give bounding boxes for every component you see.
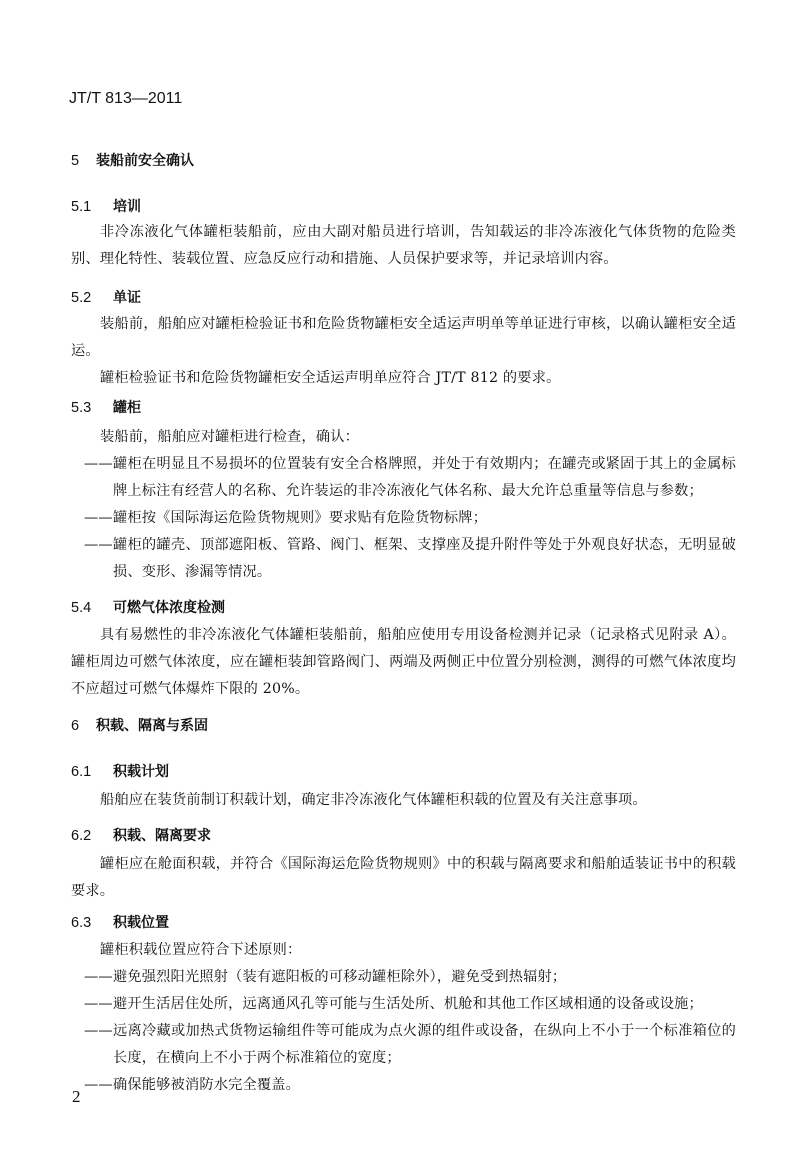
section-5-heading: 5装船前安全确认 [71,150,194,170]
section-6-1-heading: 6.1积载计划 [71,761,169,781]
section-number: 5.3 [71,400,113,416]
list-item: —— 避开生活居住处所，远离通风孔等可能与生活处所、机舱和其他工作区域相通的设备… [71,991,736,1018]
section-title: 积载、隔离与系固 [96,718,208,734]
section-5-3-body: 装船前，船舶应对罐柜进行检查，确认： —— 罐柜在明显且不易损坏的位置装有安全合… [71,424,736,586]
list-item: —— 罐柜按《国际海运危险货物规则》要求贴有危险货物标牌； [71,505,736,532]
list-intro: 装船前，船舶应对罐柜进行检查，确认： [71,424,736,451]
section-5-2-heading: 5.2单证 [71,287,141,307]
section-title: 可燃气体浓度检测 [113,600,225,616]
section-number: 5.1 [71,199,113,215]
list-item: —— 罐柜在明显且不易损坏的位置装有安全合格牌照，并处于有效期内；在罐壳或紧固于… [71,451,736,505]
list-item: —— 远离冷藏或加热式货物运输组件等可能成为点火源的组件或设备，在纵向上不小于一… [71,1018,736,1072]
list-item: —— 避免强烈阳光照射（装有遮阳板的可移动罐柜除外），避免受到热辐射； [71,964,736,991]
section-6-1-paragraph: 船舶应在装货前制订积载计划，确定非冷冻液化气体罐柜积载的位置及有关注意事项。 [71,787,736,814]
section-title: 培训 [113,199,141,215]
section-5-4-paragraph: 具有易燃性的非冷冻液化气体罐柜装船前，船舶应使用专用设备检测并记录（记录格式见附… [71,622,736,703]
section-title: 积载计划 [113,764,169,780]
list-item: —— 确保能够被消防水完全覆盖。 [71,1072,736,1099]
list-item-text: 罐柜按《国际海运危险货物规则》要求贴有危险货物标牌； [113,510,487,526]
section-6-heading: 6积载、隔离与系固 [71,715,208,735]
section-title: 装船前安全确认 [96,153,194,169]
dash-bullet: —— [84,505,113,532]
list-item-text: 避免强烈阳光照射（装有遮阳板的可移动罐柜除外），避免受到热辐射； [113,969,566,985]
section-number: 6.1 [71,764,113,780]
dash-bullet: —— [84,1072,113,1099]
section-6-2-heading: 6.2积载、隔离要求 [71,825,211,845]
list-intro: 罐柜积载位置应符合下述原则： [71,937,736,964]
dash-bullet: —— [84,532,113,559]
paragraph: 装船前，船舶应对罐柜检验证书和危险货物罐柜安全适运声明单等单证进行审核，以确认罐… [71,311,736,365]
section-6-3-body: 罐柜积载位置应符合下述原则： —— 避免强烈阳光照射（装有遮阳板的可移动罐柜除外… [71,937,736,1099]
section-6-2-paragraph: 罐柜应在舱面积载，并符合《国际海运危险货物规则》中的积载与隔离要求和船舶适装证书… [71,851,736,905]
standard-code: JT/T 813—2011 [69,90,182,108]
list-item: —— 罐柜的罐壳、顶部遮阳板、管路、阀门、框架、支撑座及提升附件等处于外观良好状… [71,532,736,586]
list-item-text: 确保能够被消防水完全覆盖。 [113,1077,300,1093]
page-number: 2 [72,1087,81,1107]
section-number: 6 [71,718,96,734]
dash-bullet: —— [84,991,113,1018]
section-number: 5 [71,153,96,169]
paragraph: 罐柜检验证书和危险货物罐柜安全适运声明单应符合 JT/T 812 的要求。 [71,365,736,392]
list-item-text: 避开生活居住处所，远离通风孔等可能与生活处所、机舱和其他工作区域相通的设备或设施… [113,996,703,1012]
section-number: 6.2 [71,828,113,844]
dash-bullet: —— [84,964,113,991]
list-item-text: 罐柜的罐壳、顶部遮阳板、管路、阀门、框架、支撑座及提升附件等处于外观良好状态，无… [113,537,736,580]
section-number: 5.2 [71,290,113,306]
dash-bullet: —— [84,451,113,478]
section-title: 积载位置 [113,915,169,931]
list-item-text: 远离冷藏或加热式货物运输组件等可能成为点火源的组件或设备，在纵向上不小于一个标准… [113,1023,736,1066]
section-5-3-heading: 5.3罐柜 [71,397,141,417]
section-number: 6.3 [71,915,113,931]
section-title: 罐柜 [113,400,141,416]
section-5-2-body: 装船前，船舶应对罐柜检验证书和危险货物罐柜安全适运声明单等单证进行审核，以确认罐… [71,311,736,392]
section-5-4-heading: 5.4可燃气体浓度检测 [71,597,225,617]
section-6-3-heading: 6.3积载位置 [71,912,169,932]
dash-bullet: —— [84,1018,113,1045]
section-title: 积载、隔离要求 [113,828,211,844]
section-title: 单证 [113,290,141,306]
section-5-1-paragraph: 非冷冻液化气体罐柜装船前，应由大副对船员进行培训，告知载运的非冷冻液化气体货物的… [71,219,736,273]
section-number: 5.4 [71,600,113,616]
section-5-1-heading: 5.1培训 [71,196,141,216]
list-item-text: 罐柜在明显且不易损坏的位置装有安全合格牌照，并处于有效期内；在罐壳或紧固于其上的… [113,456,736,499]
